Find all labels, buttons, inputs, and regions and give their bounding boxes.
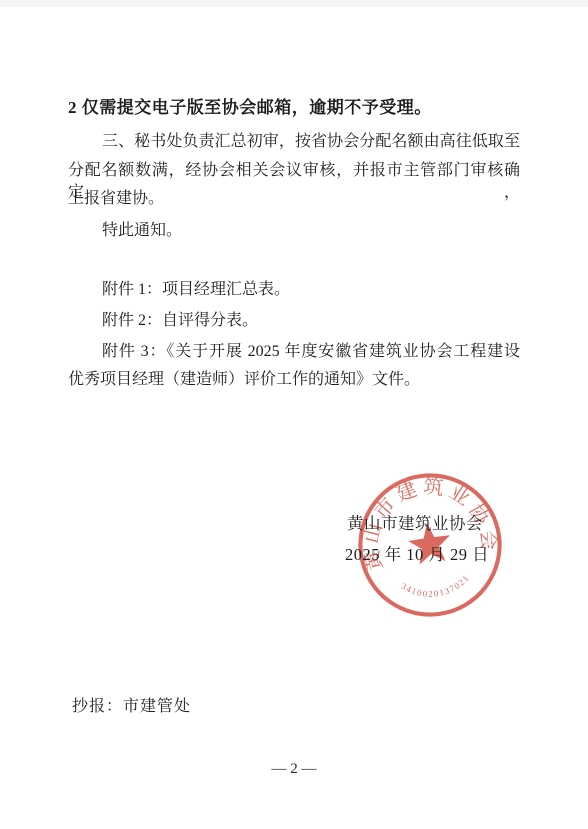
attachment-item-2: 附件 2：自评得分表。 (68, 310, 554, 332)
paragraph-line-1: 三、秘书处负责汇总初审，按省协会分配名额由高往低取至 (68, 131, 520, 153)
svg-text:3410020137021: 3410020137021 (398, 572, 473, 604)
copy-to-line: 抄报：市建管处 (72, 693, 191, 716)
body-line-bold: 2 仅需提交电子版至协会邮箱，逾期不予受理。 (68, 97, 520, 119)
signature-date: 2025 年 10 月 29 日 (345, 541, 489, 565)
signature-organization: 黄山市建筑业协会 (347, 510, 483, 534)
attachment-item-3-line-1: 附件 3：《关于开展 2025 年度安徽省建筑业协会工程建设 (68, 341, 520, 363)
seal-serial-number: 3410020137021 (398, 572, 473, 604)
paragraph-line-3: 上报省建协。 (68, 188, 520, 210)
attachment-item-3-line-2: 优秀项目经理（建造师）评价工作的通知》文件。 (68, 369, 520, 391)
attachment-item-1: 附件 1：项目经理汇总表。 (68, 279, 554, 301)
document-page: 2 仅需提交电子版至协会邮箱，逾期不予受理。 三、秘书处负责汇总初审，按省协会分… (0, 0, 588, 829)
notice-line: 特此通知。 (68, 220, 554, 242)
page-number: — 2 — (0, 761, 588, 778)
scan-edge-artifact (0, 0, 588, 7)
